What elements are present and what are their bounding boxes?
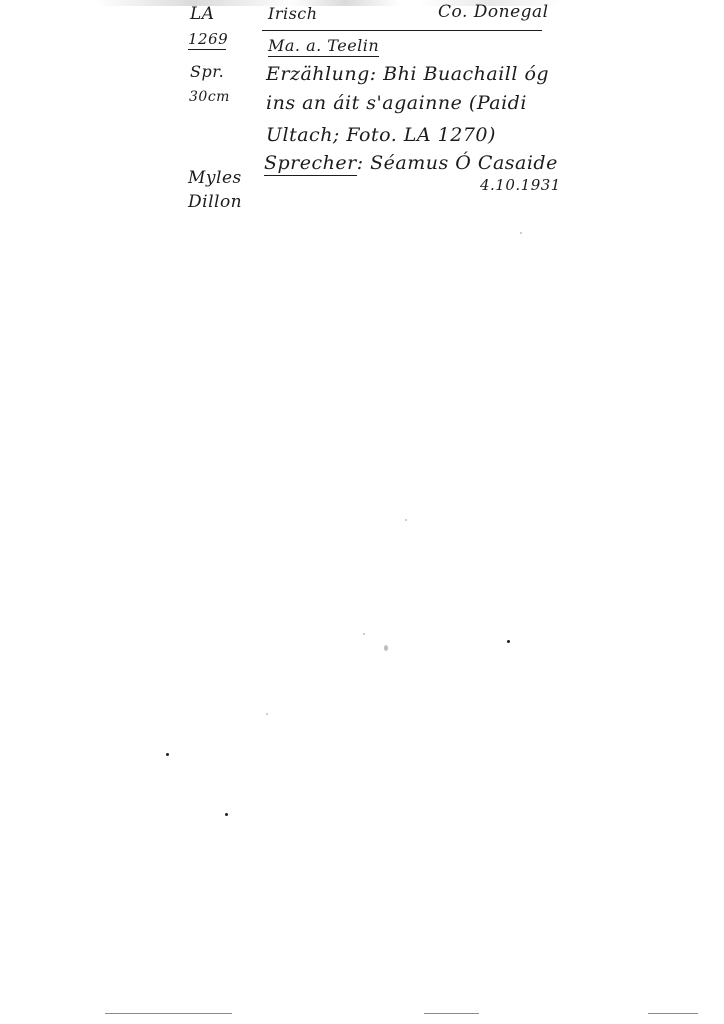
- archive-label: LA: [190, 4, 215, 24]
- speaker-label: Sprecher: [264, 152, 357, 176]
- scan-speck: [405, 519, 407, 521]
- scan-speck: [520, 232, 522, 234]
- bottom-edge-line-right: [648, 1013, 698, 1014]
- archive-number: 1269: [188, 30, 226, 50]
- content-line-3: Ultach; Foto. LA 1270): [266, 124, 496, 146]
- language-heading: Irisch: [268, 4, 318, 23]
- scan-speck: [384, 645, 388, 651]
- collector-first-name: Myles: [188, 168, 242, 188]
- speaker-line: Sprecher: Séamus Ó Casaide: [264, 152, 558, 174]
- bottom-edge-line-center: [424, 1013, 479, 1014]
- medium-label: Spr.: [190, 62, 224, 81]
- content-line-2: ins an áit s'againne (Paidi: [266, 92, 527, 114]
- scan-speck: [166, 753, 169, 756]
- header-underline: [262, 30, 542, 31]
- scan-speck: [507, 640, 510, 643]
- medium-size: 30cm: [189, 89, 230, 105]
- county-heading: Co. Donegal: [438, 2, 549, 22]
- collector-last-name: Dillon: [188, 192, 242, 212]
- speaker-name: : Séamus Ó Casaide: [357, 152, 558, 174]
- bottom-edge-line-left: [105, 1013, 232, 1014]
- scan-speck: [266, 713, 268, 715]
- scan-speck: [363, 633, 365, 635]
- recording-date: 4.10.1931: [480, 176, 561, 194]
- place-name: Ma. a. Teelin: [268, 36, 379, 57]
- scan-speck: [225, 813, 228, 816]
- content-line-1: Erzählung: Bhi Buachaill óg: [266, 63, 549, 85]
